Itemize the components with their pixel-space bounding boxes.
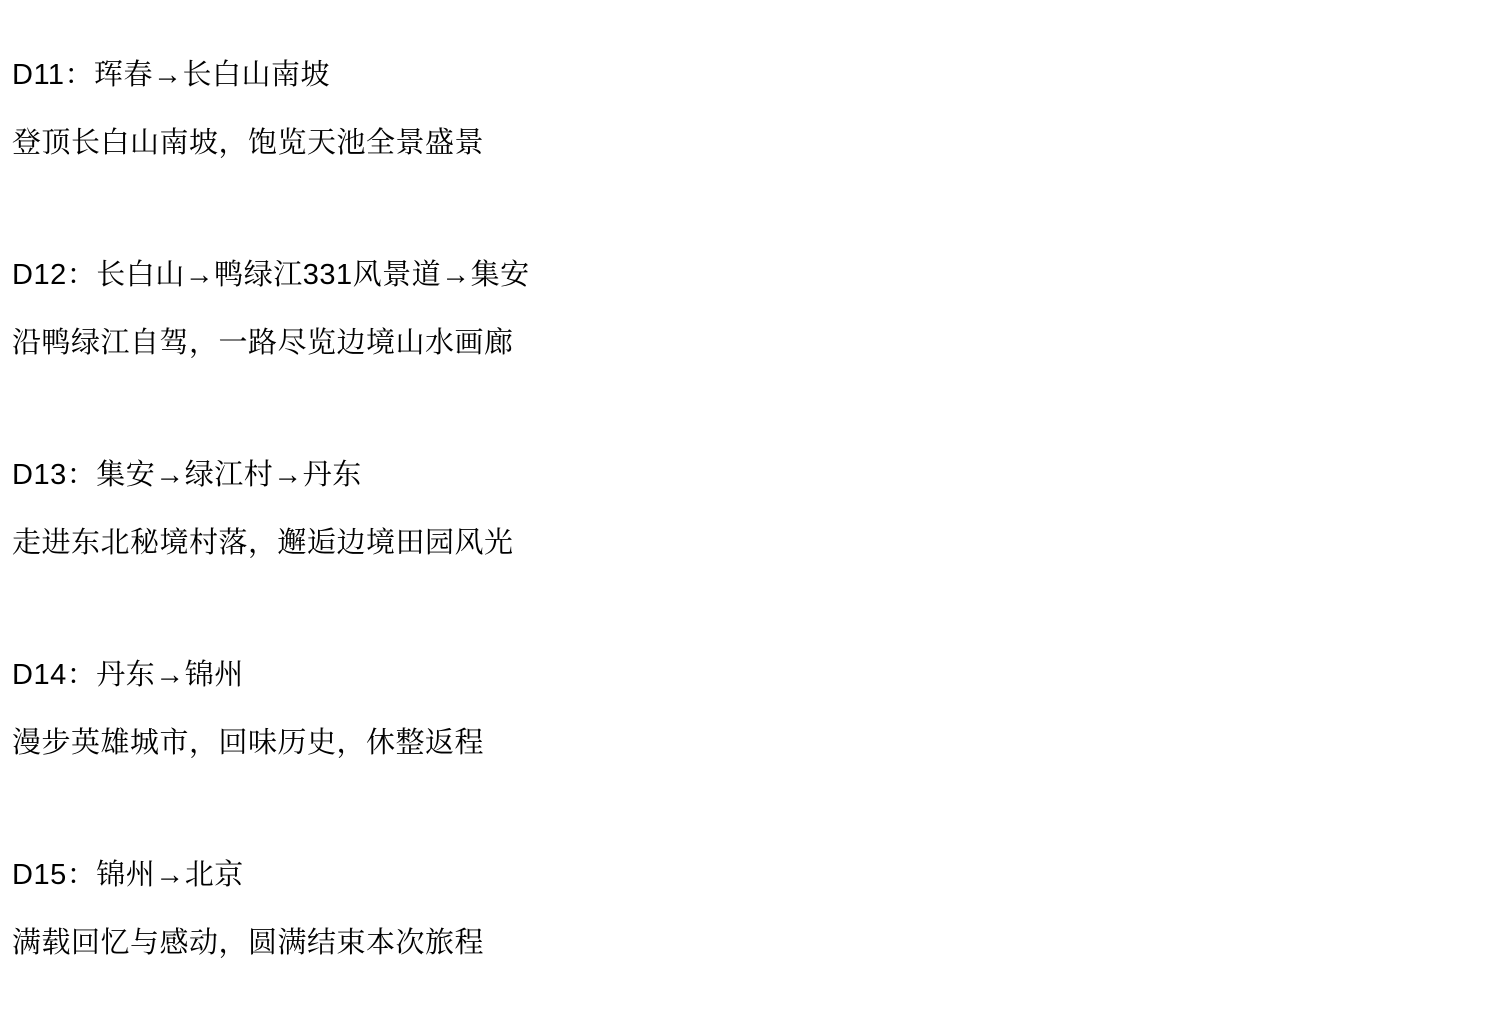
day-block-d12: D12：长白山→鸭绿江331风景道→集安 沿鸭绿江自驾，一路尽览边境山水画廊 <box>12 252 1492 366</box>
day-block-d14: D14：丹东→锦州 漫步英雄城市，回味历史，休整返程 <box>12 652 1492 766</box>
day-title: D12：长白山→鸭绿江331风景道→集安 <box>12 252 1492 298</box>
day-title: D15：锦州→北京 <box>12 852 1492 898</box>
day-block-d11: D11：珲春→长白山南坡 登顶长白山南坡，饱览天池全景盛景 <box>12 52 1492 166</box>
day-description: 登顶长白山南坡，饱览天池全景盛景 <box>12 120 1492 166</box>
day-description: 沿鸭绿江自驾，一路尽览边境山水画廊 <box>12 320 1492 366</box>
day-description: 满载回忆与感动，圆满结束本次旅程 <box>12 920 1492 966</box>
day-block-d15: D15：锦州→北京 满载回忆与感动，圆满结束本次旅程 <box>12 852 1492 966</box>
day-title: D11：珲春→长白山南坡 <box>12 52 1492 98</box>
day-block-d13: D13：集安→绿江村→丹东 走进东北秘境村落，邂逅边境田园风光 <box>12 452 1492 566</box>
day-description: 漫步英雄城市，回味历史，休整返程 <box>12 720 1492 766</box>
day-title: D14：丹东→锦州 <box>12 652 1492 698</box>
itinerary-document: D11：珲春→长白山南坡 登顶长白山南坡，饱览天池全景盛景 D12：长白山→鸭绿… <box>0 0 1492 1020</box>
day-title: D13：集安→绿江村→丹东 <box>12 452 1492 498</box>
day-description: 走进东北秘境村落，邂逅边境田园风光 <box>12 520 1492 566</box>
